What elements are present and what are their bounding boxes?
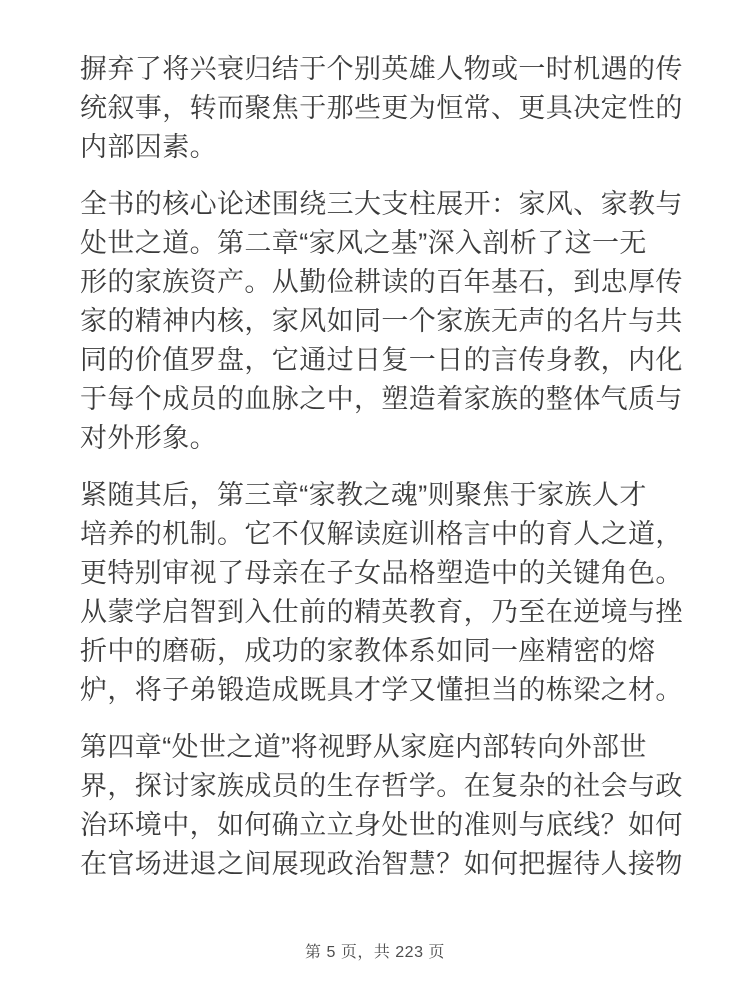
text-line: 治环境中，如何确立立身处世的准则与底线？如何 <box>80 806 685 845</box>
text-line: 在官场进退之间展现政治智慧？如何把握待人接物 <box>80 845 685 884</box>
text-line: 紧随其后，第三章“家教之魂”则聚焦于家族人才 <box>80 476 685 515</box>
paragraph: 第四章“处世之道”将视野从家庭内部转向外部世界，探讨家族成员的生存哲学。在复杂的… <box>80 728 685 884</box>
text-line: 内部因素。 <box>80 128 685 167</box>
document-page: 摒弃了将兴衰归结于个别英雄人物或一时机遇的传统叙事，转而聚焦于那些更为恒常、更具… <box>0 0 750 1000</box>
document-body: 摒弃了将兴衰归结于个别英雄人物或一时机遇的传统叙事，转而聚焦于那些更为恒常、更具… <box>80 50 685 902</box>
paragraph: 全书的核心论述围绕三大支柱展开：家风、家教与处世之道。第二章“家风之基”深入剖析… <box>80 185 685 458</box>
paragraph: 紧随其后，第三章“家教之魂”则聚焦于家族人才培养的机制。它不仅解读庭训格言中的育… <box>80 476 685 710</box>
text-line: 同的价值罗盘，它通过日复一日的言传身教，内化 <box>80 341 685 380</box>
text-line: 折中的磨砺，成功的家教体系如同一座精密的熔 <box>80 632 685 671</box>
text-line: 第四章“处世之道”将视野从家庭内部转向外部世 <box>80 728 685 767</box>
text-line: 从蒙学启智到入仕前的精英教育，乃至在逆境与挫 <box>80 593 685 632</box>
page-indicator: 第 5 页，共 223 页 <box>305 944 445 961</box>
text-line: 全书的核心论述围绕三大支柱展开：家风、家教与 <box>80 185 685 224</box>
text-line: 炉，将子弟锻造成既具才学又懂担当的栋梁之材。 <box>80 671 685 710</box>
text-line: 于每个成员的血脉之中，塑造着家族的整体气质与 <box>80 380 685 419</box>
text-line: 对外形象。 <box>80 419 685 458</box>
page-footer: 第 5 页，共 223 页 <box>0 942 750 964</box>
text-line: 统叙事，转而聚焦于那些更为恒常、更具决定性的 <box>80 89 685 128</box>
text-line: 家的精神内核，家风如同一个家族无声的名片与共 <box>80 302 685 341</box>
text-line: 形的家族资产。从勤俭耕读的百年基石，到忠厚传 <box>80 263 685 302</box>
text-line: 摒弃了将兴衰归结于个别英雄人物或一时机遇的传 <box>80 50 685 89</box>
text-line: 处世之道。第二章“家风之基”深入剖析了这一无 <box>80 224 685 263</box>
text-line: 培养的机制。它不仅解读庭训格言中的育人之道， <box>80 515 685 554</box>
text-line: 界，探讨家族成员的生存哲学。在复杂的社会与政 <box>80 767 685 806</box>
text-line: 更特别审视了母亲在子女品格塑造中的关键角色。 <box>80 554 685 593</box>
paragraph: 摒弃了将兴衰归结于个别英雄人物或一时机遇的传统叙事，转而聚焦于那些更为恒常、更具… <box>80 50 685 167</box>
